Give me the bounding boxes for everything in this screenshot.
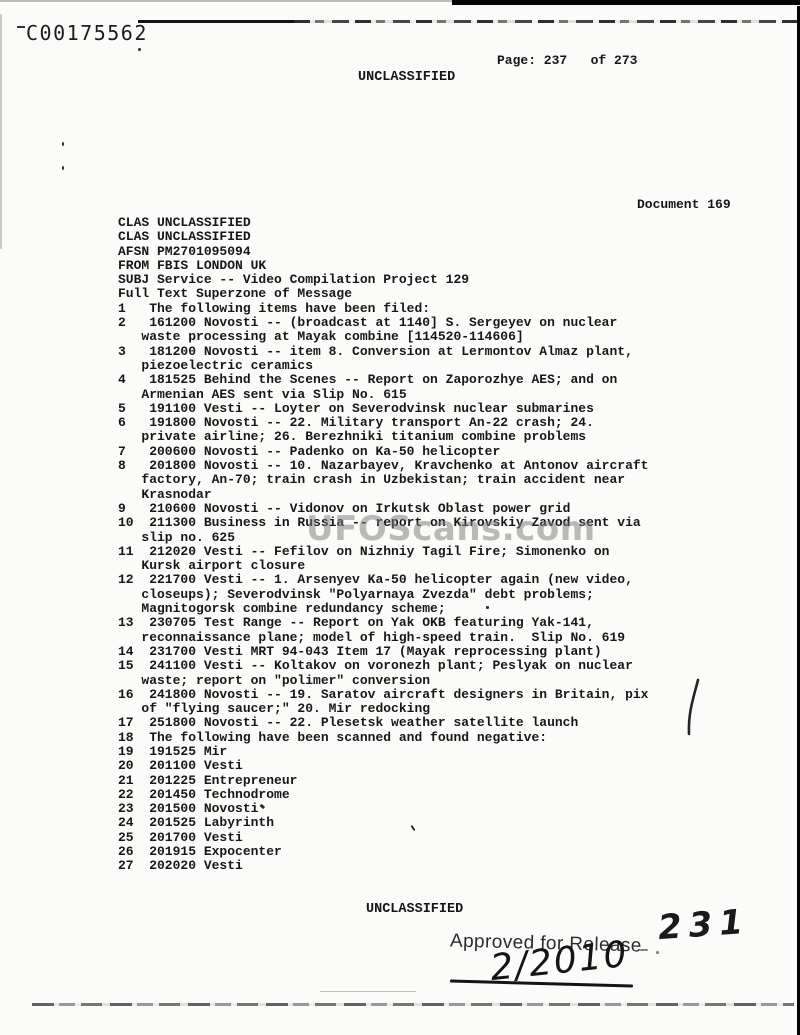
scan-artifact-bottom-line <box>32 1003 794 1006</box>
document-line: closeups); Severodvinsk "Polyarnaya Zvez… <box>118 588 649 602</box>
header-rule-dashed <box>294 20 797 23</box>
handwritten-page-number: 231 <box>657 902 752 948</box>
document-line: 4 181525 Behind the Scenes -- Report on … <box>118 373 649 387</box>
document-line: 3 181200 Novosti -- item 8. Conversion a… <box>118 345 649 359</box>
watermark: UFOScans.com <box>306 509 596 549</box>
document-line: 8 201800 Novosti -- 10. Nazarbayev, Krav… <box>118 459 649 473</box>
document-line: 17 251800 Novosti -- 22. Plesetsk weathe… <box>118 716 649 730</box>
scan-artifact-top-bar <box>452 0 800 5</box>
document-line: 19 191525 Mir <box>118 745 649 759</box>
document-line: CLAS UNCLASSIFIED <box>118 230 649 244</box>
pen-mark <box>682 678 704 738</box>
document-line: 21 201225 Entrepreneur <box>118 774 649 788</box>
document-line: 27 202020 Vesti <box>118 859 649 873</box>
document-line: Magnitogorsk combine redundancy scheme; <box>118 602 649 616</box>
document-line: waste processing at Mayak combine [11452… <box>118 330 649 344</box>
scan-speck <box>640 949 648 951</box>
document-line: 16 241800 Novosti -- 19. Saratov aircraf… <box>118 688 649 702</box>
scan-artifact-faint-line <box>320 991 416 992</box>
document-line: factory, An-70; train crash in Uzbekista… <box>118 473 649 487</box>
document-line: private airline; 26. Berezhniki titanium… <box>118 430 649 444</box>
document-line: 26 201915 Expocenter <box>118 845 649 859</box>
document-line: 7 200600 Novosti -- Padenko on Ka-50 hel… <box>118 445 649 459</box>
document-line: AFSN PM2701095094 <box>118 245 649 259</box>
scanned-document-page: C00175562 Page: 237 of 273 UNCLASSIFIED … <box>0 0 800 1035</box>
document-line: 1 The following items have been filed: <box>118 302 649 316</box>
scan-speck <box>62 166 64 170</box>
document-line: 24 201525 Labyrinth <box>118 816 649 830</box>
document-line: 12 221700 Vesti -- 1. Arsenyev Ka-50 hel… <box>118 573 649 587</box>
classification-header: UNCLASSIFIED <box>358 70 455 85</box>
document-line: Armenian AES sent via Slip No. 615 <box>118 388 649 402</box>
document-line: CLAS UNCLASSIFIED <box>118 216 649 230</box>
document-line: 5 191100 Vesti -- Loyter on Severodvinsk… <box>118 402 649 416</box>
document-line: FROM FBIS LONDON UK <box>118 259 649 273</box>
document-line: 20 201100 Vesti <box>118 759 649 773</box>
document-line: piezoelectric ceramics <box>118 359 649 373</box>
scan-speck <box>138 48 141 51</box>
header-rule <box>138 20 294 23</box>
document-line: 14 231700 Vesti MRT 94-043 Item 17 (Maya… <box>118 645 649 659</box>
scan-id: C00175562 <box>26 21 148 45</box>
classification-footer: UNCLASSIFIED <box>366 902 463 917</box>
document-line: 13 230705 Test Range -- Report on Yak OK… <box>118 616 649 630</box>
document-line: Full Text Superzone of Message <box>118 287 649 301</box>
document-line: 18 The following have been scanned and f… <box>118 731 649 745</box>
scan-artifact-left-shadow <box>0 14 2 249</box>
scan-speck <box>486 606 489 609</box>
scan-id-tick-mark <box>17 26 25 28</box>
scan-speck <box>62 142 64 146</box>
page-number-label: Page: 237 of 273 <box>497 53 637 68</box>
document-line: 2 161200 Novosti -- (broadcast at 1140] … <box>118 316 649 330</box>
document-line: 22 201450 Technodrome <box>118 788 649 802</box>
document-line: 25 201700 Vesti <box>118 831 649 845</box>
document-line: SUBJ Service -- Video Compilation Projec… <box>118 273 649 287</box>
document-line: 6 191800 Novosti -- 22. Military transpo… <box>118 416 649 430</box>
document-line: of "flying saucer;" 20. Mir redocking <box>118 702 649 716</box>
document-line: waste; report on "polimer" conversion <box>118 674 649 688</box>
document-line: reconnaissance plane; model of high-spee… <box>118 631 649 645</box>
document-line: Kursk airport closure <box>118 559 649 573</box>
document-number-label: Document 169 <box>637 197 731 212</box>
document-line: 23 201500 Novosti <box>118 802 649 816</box>
document-line: 15 241100 Vesti -- Koltakov on voronezh … <box>118 659 649 673</box>
scan-speck <box>656 951 659 954</box>
document-line: Krasnodar <box>118 488 649 502</box>
